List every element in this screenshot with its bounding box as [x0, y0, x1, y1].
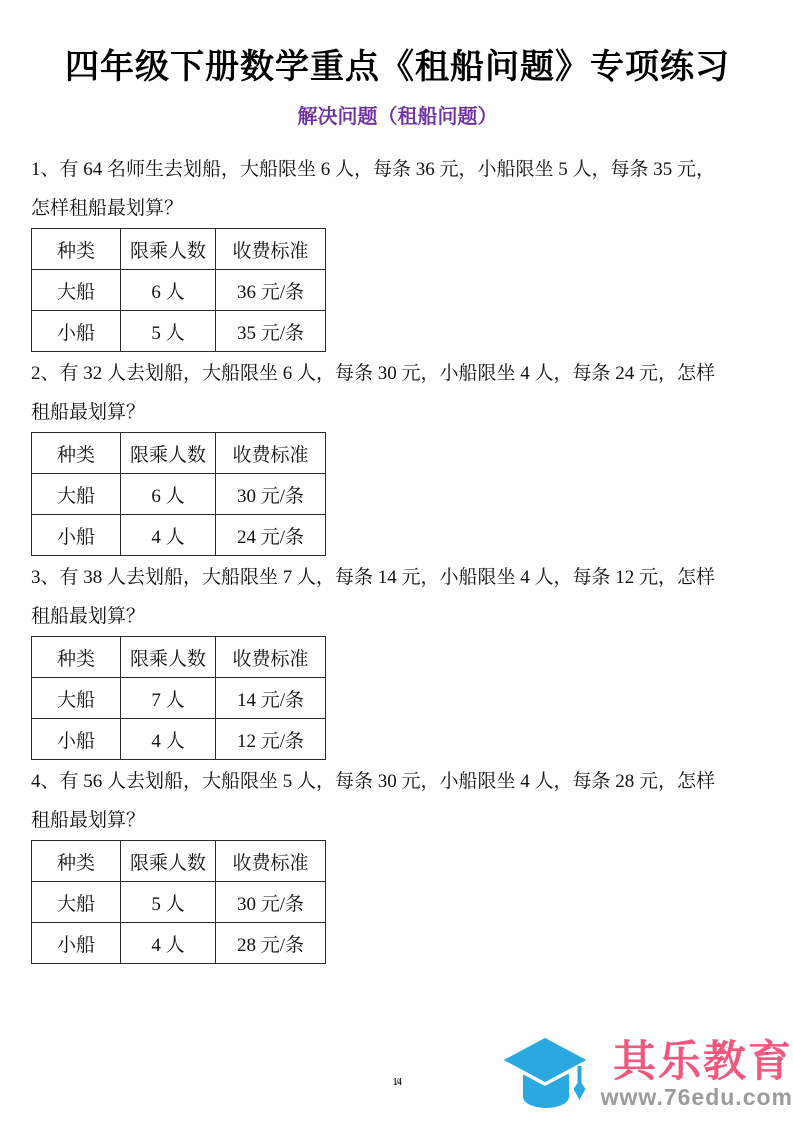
- table-header-row: 种类 限乘人数 收费标准: [32, 229, 326, 270]
- problem-text-line: 怎样租船最划算？: [31, 189, 764, 228]
- fee-cell: 12 元/条: [216, 719, 326, 760]
- table-row: 大船 6 人 30 元/条: [32, 474, 326, 515]
- problem-4: 4、有 56 人去划船，大船限坐 5 人，每条 30 元，小船限坐 4 人，每条…: [31, 762, 764, 964]
- problem-2: 2、有 32 人去划船，大船限坐 6 人，每条 30 元，小船限坐 4 人，每条…: [31, 354, 764, 556]
- col-header-capacity: 限乘人数: [121, 229, 216, 270]
- page-subtitle: 解决问题（租船问题）: [31, 105, 764, 129]
- problem-4-text: 4、有 56 人去划船，大船限坐 5 人，每条 30 元，小船限坐 4 人，每条…: [31, 762, 764, 840]
- col-header-capacity: 限乘人数: [121, 637, 216, 678]
- col-header-capacity: 限乘人数: [121, 433, 216, 474]
- brand-text-block: 其乐教育 www.76edu.com: [601, 1039, 793, 1110]
- fee-cell: 30 元/条: [216, 474, 326, 515]
- table-row: 大船 5 人 30 元/条: [32, 882, 326, 923]
- table-header-row: 种类 限乘人数 收费标准: [32, 841, 326, 882]
- problem-text-line: 2、有 32 人去划船，大船限坐 6 人，每条 30 元，小船限坐 4 人，每条…: [31, 354, 764, 393]
- brand-url: www.76edu.com: [601, 1085, 793, 1110]
- problem-1: 1、有 64 名师生去划船，大船限坐 6 人，每条 36 元，小船限坐 5 人，…: [31, 150, 764, 352]
- boat-table-2: 种类 限乘人数 收费标准 大船 6 人 30 元/条 小船 4 人 24 元/条: [31, 432, 326, 556]
- fee-cell: 36 元/条: [216, 270, 326, 311]
- problem-3: 3、有 38 人去划船，大船限坐 7 人，每条 14 元，小船限坐 4 人，每条…: [31, 558, 764, 760]
- table-header-row: 种类 限乘人数 收费标准: [32, 433, 326, 474]
- brand-logo: 其乐教育 www.76edu.com: [497, 1032, 793, 1116]
- problem-1-text: 1、有 64 名师生去划船，大船限坐 6 人，每条 36 元，小船限坐 5 人，…: [31, 150, 764, 228]
- boat-type-cell: 小船: [32, 719, 121, 760]
- fee-cell: 14 元/条: [216, 678, 326, 719]
- col-header-type: 种类: [32, 637, 121, 678]
- problem-text-line: 4、有 56 人去划船，大船限坐 5 人，每条 30 元，小船限坐 4 人，每条…: [31, 762, 764, 801]
- table-row: 小船 4 人 24 元/条: [32, 515, 326, 556]
- problem-text-line: 3、有 38 人去划船，大船限坐 7 人，每条 14 元，小船限坐 4 人，每条…: [31, 558, 764, 597]
- capacity-cell: 5 人: [121, 882, 216, 923]
- table-row: 小船 5 人 35 元/条: [32, 311, 326, 352]
- table-row: 小船 4 人 12 元/条: [32, 719, 326, 760]
- boat-type-cell: 大船: [32, 270, 121, 311]
- problem-text-line: 租船最划算？: [31, 801, 764, 840]
- boat-type-cell: 大船: [32, 882, 121, 923]
- graduation-cap-icon: [497, 1032, 597, 1116]
- boat-type-cell: 大船: [32, 474, 121, 515]
- capacity-cell: 6 人: [121, 474, 216, 515]
- capacity-cell: 4 人: [121, 515, 216, 556]
- page-number: 1/4: [393, 1077, 401, 1088]
- capacity-cell: 5 人: [121, 311, 216, 352]
- col-header-type: 种类: [32, 433, 121, 474]
- problem-text-line: 租船最划算？: [31, 393, 764, 432]
- problem-text-line: 租船最划算？: [31, 597, 764, 636]
- col-header-type: 种类: [32, 841, 121, 882]
- boat-type-cell: 小船: [32, 923, 121, 964]
- boat-type-cell: 小船: [32, 515, 121, 556]
- boat-table-3: 种类 限乘人数 收费标准 大船 7 人 14 元/条 小船 4 人 12 元/条: [31, 636, 326, 760]
- brand-name: 其乐教育: [613, 1039, 793, 1085]
- boat-table-1: 种类 限乘人数 收费标准 大船 6 人 36 元/条 小船 5 人 35 元/条: [31, 228, 326, 352]
- boat-table-4: 种类 限乘人数 收费标准 大船 5 人 30 元/条 小船 4 人 28 元/条: [31, 840, 326, 964]
- col-header-type: 种类: [32, 229, 121, 270]
- col-header-fee: 收费标准: [216, 841, 326, 882]
- capacity-cell: 6 人: [121, 270, 216, 311]
- table-row: 小船 4 人 28 元/条: [32, 923, 326, 964]
- fee-cell: 28 元/条: [216, 923, 326, 964]
- capacity-cell: 7 人: [121, 678, 216, 719]
- capacity-cell: 4 人: [121, 719, 216, 760]
- table-row: 大船 7 人 14 元/条: [32, 678, 326, 719]
- fee-cell: 30 元/条: [216, 882, 326, 923]
- page-title: 四年级下册数学重点《租船问题》专项练习: [31, 47, 764, 87]
- fee-cell: 35 元/条: [216, 311, 326, 352]
- col-header-fee: 收费标准: [216, 229, 326, 270]
- boat-type-cell: 大船: [32, 678, 121, 719]
- capacity-cell: 4 人: [121, 923, 216, 964]
- col-header-fee: 收费标准: [216, 637, 326, 678]
- table-header-row: 种类 限乘人数 收费标准: [32, 637, 326, 678]
- worksheet-page: 四年级下册数学重点《租船问题》专项练习 解决问题（租船问题） 1、有 64 名师…: [0, 0, 793, 1122]
- problem-2-text: 2、有 32 人去划船，大船限坐 6 人，每条 30 元，小船限坐 4 人，每条…: [31, 354, 764, 432]
- boat-type-cell: 小船: [32, 311, 121, 352]
- problem-3-text: 3、有 38 人去划船，大船限坐 7 人，每条 14 元，小船限坐 4 人，每条…: [31, 558, 764, 636]
- table-row: 大船 6 人 36 元/条: [32, 270, 326, 311]
- fee-cell: 24 元/条: [216, 515, 326, 556]
- col-header-capacity: 限乘人数: [121, 841, 216, 882]
- problem-text-line: 1、有 64 名师生去划船，大船限坐 6 人，每条 36 元，小船限坐 5 人，…: [31, 150, 764, 189]
- col-header-fee: 收费标准: [216, 433, 326, 474]
